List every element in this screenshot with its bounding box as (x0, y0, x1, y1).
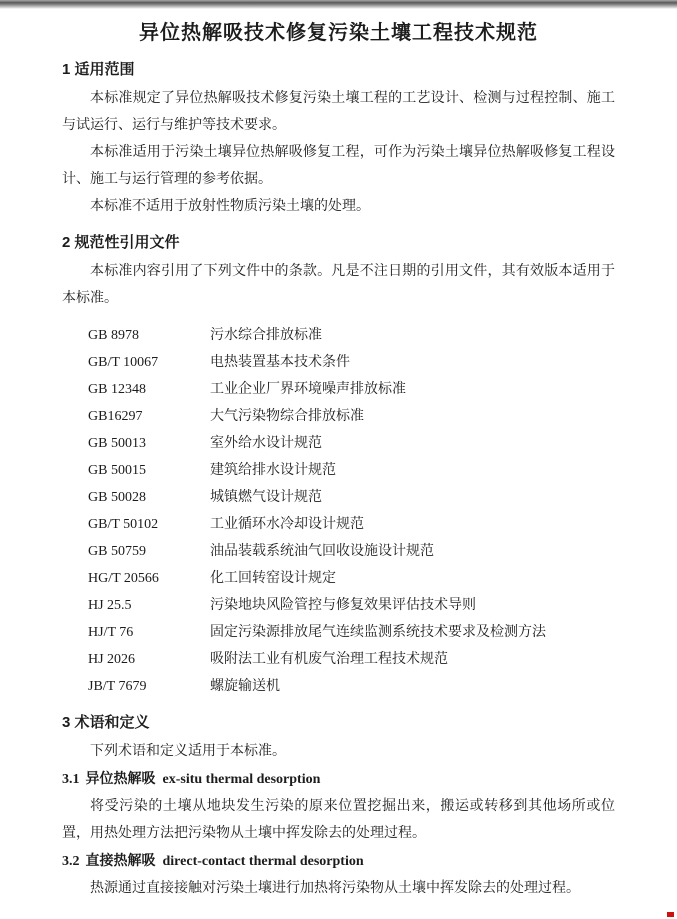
term-name-zh: 直接热解吸 (86, 852, 156, 868)
reference-code: HJ 2026 (88, 646, 210, 673)
scan-red-mark-artifact (667, 912, 674, 917)
term-heading: 3.1异位热解吸ex-situ thermal desorption (62, 765, 615, 793)
reference-row: GB16297 大气污染物综合排放标准 (62, 403, 615, 430)
reference-name: 污染地块风险管控与修复效果评估技术导则 (210, 592, 615, 619)
reference-name: 工业企业厂界环境噪声排放标准 (210, 376, 615, 403)
scan-top-edge (0, 0, 677, 9)
document-title: 异位热解吸技术修复污染土壤工程技术规范 (62, 19, 615, 47)
reference-row: HJ 25.5 污染地块风险管控与修复效果评估技术导则 (62, 592, 615, 619)
term-number: 3.1 (62, 772, 80, 787)
section-heading-terms: 3 术语和定义 (62, 714, 615, 732)
reference-name: 固定污染源排放尾气连续监测系统技术要求及检测方法 (210, 619, 615, 646)
reference-code: GB 8978 (88, 322, 210, 349)
term-definition: 将受污染的土壤从地块发生污染的原来位置挖掘出来，搬运或转移到其他场所或位置，用热… (62, 793, 615, 847)
reference-code: GB 50759 (88, 538, 210, 565)
reference-code: GB 50028 (88, 484, 210, 511)
reference-row: JB/T 7679 螺旋输送机 (62, 673, 615, 700)
reference-code: GB16297 (88, 403, 210, 430)
paragraph: 本标准不适用于放射性物质污染土壤的处理。 (62, 193, 615, 220)
section-heading-references: 2 规范性引用文件 (62, 234, 615, 252)
reference-row: GB 8978 污水综合排放标准 (62, 322, 615, 349)
reference-row: GB/T 10067 电热装置基本技术条件 (62, 349, 615, 376)
reference-name: 化工回转窑设计规定 (210, 565, 615, 592)
reference-code: GB 50013 (88, 430, 210, 457)
reference-code: HJ/T 76 (88, 619, 210, 646)
reference-name: 螺旋输送机 (210, 673, 615, 700)
reference-row: GB 50015 建筑给排水设计规范 (62, 457, 615, 484)
reference-row: GB 50028 城镇燃气设计规范 (62, 484, 615, 511)
reference-name: 城镇燃气设计规范 (210, 484, 615, 511)
reference-code: GB/T 10067 (88, 349, 210, 376)
reference-name: 室外给水设计规范 (210, 430, 615, 457)
paragraph: 下列术语和定义适用于本标准。 (62, 738, 615, 765)
reference-name: 建筑给排水设计规范 (210, 457, 615, 484)
reference-name: 污水综合排放标准 (210, 322, 615, 349)
reference-code: HJ 25.5 (88, 592, 210, 619)
reference-code: HG/T 20566 (88, 565, 210, 592)
reference-name: 油品装载系统油气回收设施设计规范 (210, 538, 615, 565)
document-page: 异位热解吸技术修复污染土壤工程技术规范 1 适用范围 本标准规定了异位热解吸技术… (0, 0, 677, 919)
reference-code: GB 50015 (88, 457, 210, 484)
term-name-zh: 异位热解吸 (86, 770, 156, 786)
term-number: 3.2 (62, 854, 80, 869)
reference-code: GB 12348 (88, 376, 210, 403)
term-heading: 3.2直接热解吸direct-contact thermal desorptio… (62, 847, 615, 875)
reference-row: GB/T 50102 工业循环水冷却设计规范 (62, 511, 615, 538)
reference-row: GB 12348 工业企业厂界环境噪声排放标准 (62, 376, 615, 403)
reference-row: GB 50013 室外给水设计规范 (62, 430, 615, 457)
paragraph: 本标准规定了异位热解吸技术修复污染土壤工程的工艺设计、检测与过程控制、施工与试运… (62, 85, 615, 139)
reference-list: GB 8978 污水综合排放标准 GB/T 10067 电热装置基本技术条件 G… (62, 322, 615, 700)
reference-name: 电热装置基本技术条件 (210, 349, 615, 376)
reference-row: HG/T 20566 化工回转窑设计规定 (62, 565, 615, 592)
section-heading-scope: 1 适用范围 (62, 61, 615, 79)
reference-name: 吸附法工业有机废气治理工程技术规范 (210, 646, 615, 673)
reference-row: HJ/T 76 固定污染源排放尾气连续监测系统技术要求及检测方法 (62, 619, 615, 646)
paragraph: 本标准内容引用了下列文件中的条款。凡是不注日期的引用文件，其有效版本适用于本标准… (62, 258, 615, 312)
paragraph: 本标准适用于污染土壤异位热解吸修复工程，可作为污染土壤异位热解吸修复工程设计、施… (62, 139, 615, 193)
term-name-en: direct-contact thermal desorption (163, 854, 364, 869)
term-name-en: ex-situ thermal desorption (163, 772, 321, 787)
document-content: 异位热解吸技术修复污染土壤工程技术规范 1 适用范围 本标准规定了异位热解吸技术… (0, 0, 677, 902)
reference-row: GB 50759 油品装载系统油气回收设施设计规范 (62, 538, 615, 565)
reference-code: GB/T 50102 (88, 511, 210, 538)
reference-code: JB/T 7679 (88, 673, 210, 700)
reference-row: HJ 2026 吸附法工业有机废气治理工程技术规范 (62, 646, 615, 673)
term-definition: 热源通过直接接触对污染土壤进行加热将污染物从土壤中挥发除去的处理过程。 (62, 875, 615, 902)
reference-name: 大气污染物综合排放标准 (210, 403, 615, 430)
reference-name: 工业循环水冷却设计规范 (210, 511, 615, 538)
